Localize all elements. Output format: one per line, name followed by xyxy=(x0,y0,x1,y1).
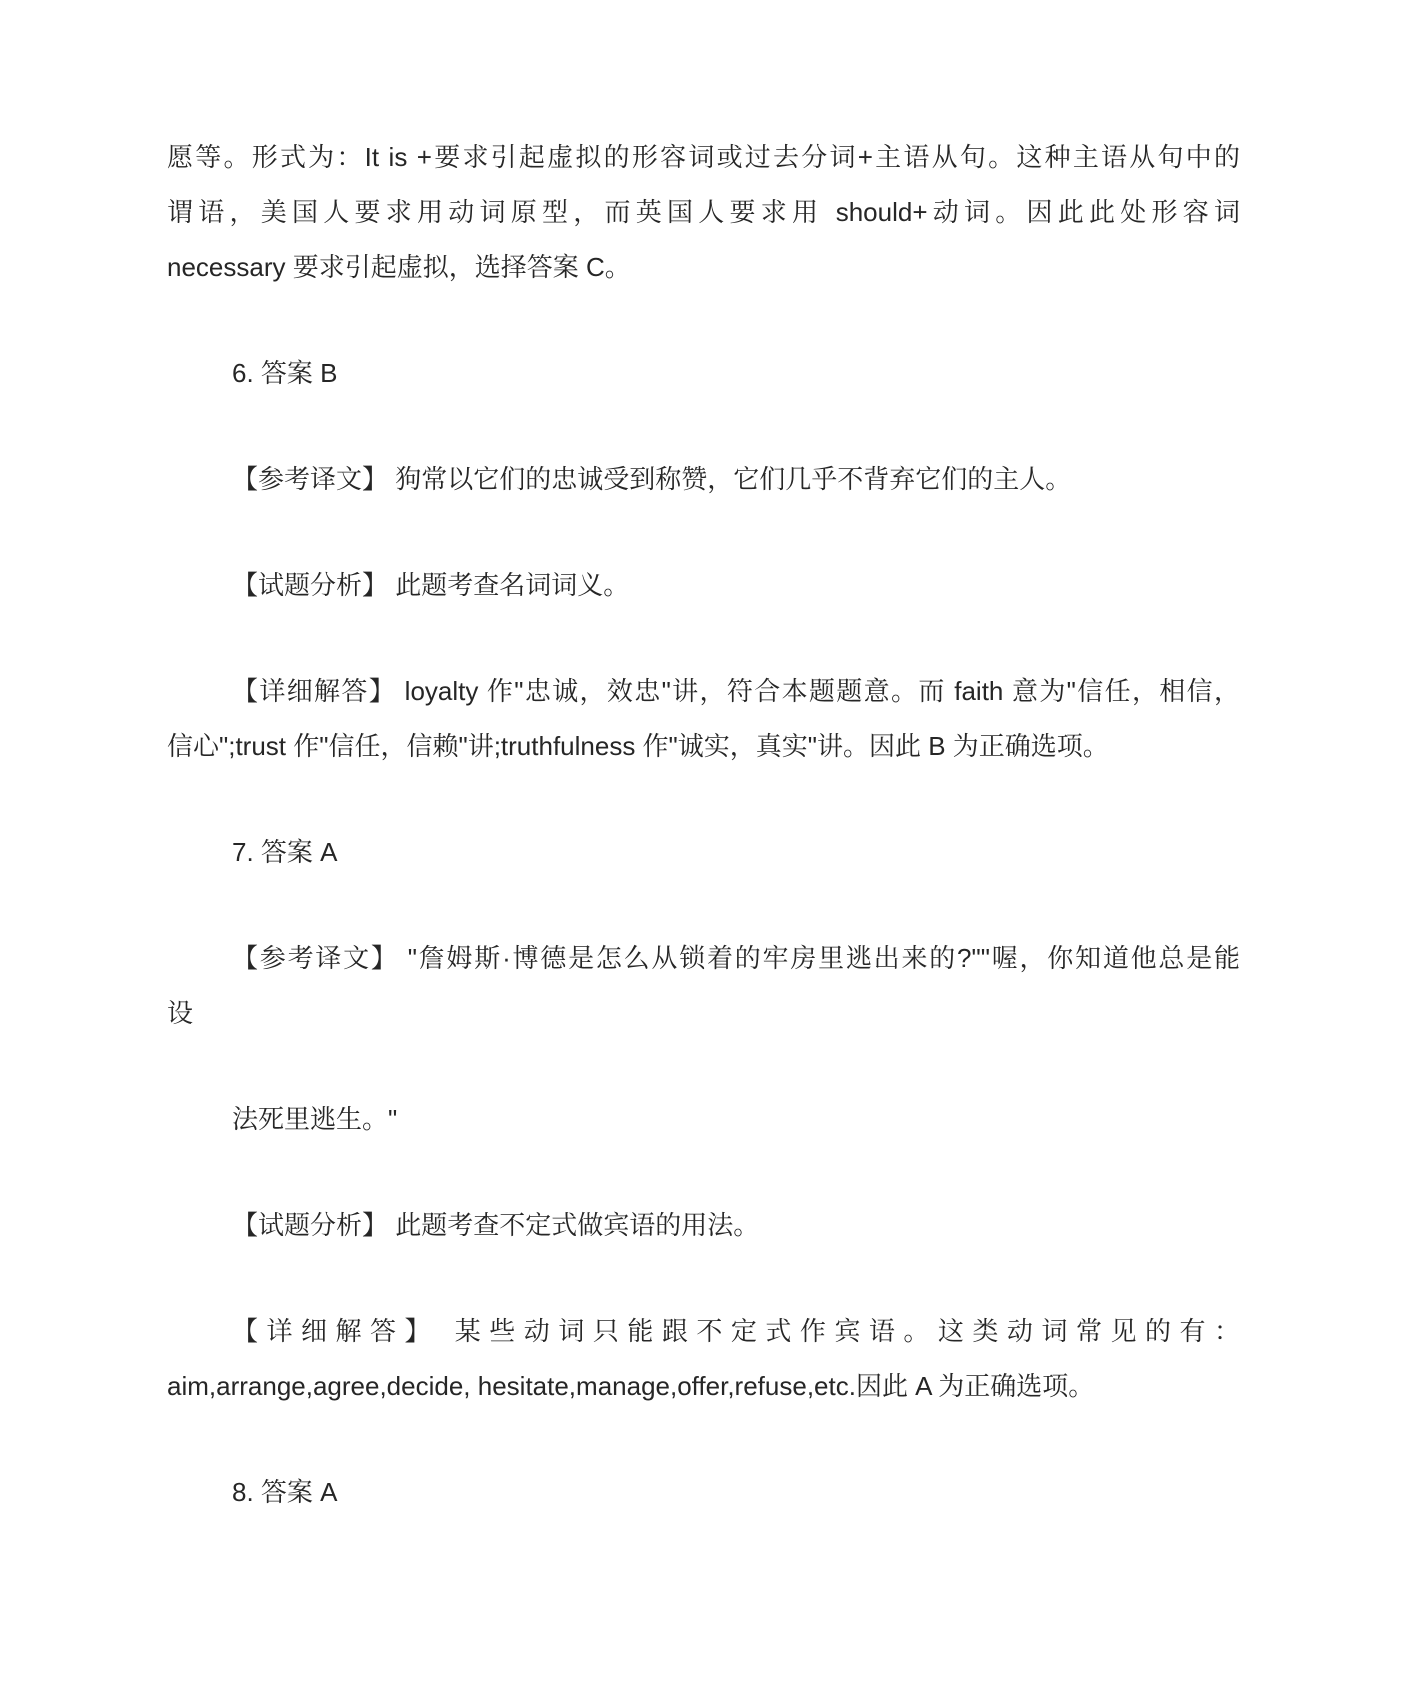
text-line: 愿等。形式为：It is +要求引起虚拟的形容词或过去分词+主语从句。这种主语从… xyxy=(167,130,1240,185)
paragraph: 7. 答案 A xyxy=(167,825,1240,880)
paragraph: 8. 答案 A xyxy=(167,1465,1240,1520)
text-line: 【详细解答】 loyalty 作"忠诚，效忠"讲，符合本题题意。而 faith … xyxy=(167,664,1240,719)
paragraph: 【参考译文】 狗常以它们的忠诚受到称赞，它们几乎不背弃它们的主人。 xyxy=(167,452,1240,507)
text-line: 【参考译文】 "詹姆斯·博德是怎么从锁着的牢房里逃出来的?""喔，你知道他总是能 xyxy=(167,931,1240,986)
text-line: 信心";trust 作"信任，信赖"讲;truthfulness 作"诚实，真实… xyxy=(167,719,1240,774)
paragraph: 【试题分析】 此题考查名词词义。 xyxy=(167,558,1240,613)
text-line: aim,arrange,agree,decide, hesitate,manag… xyxy=(167,1359,1240,1414)
text-line: 谓语，美国人要求用动词原型，而英国人要求用 should+动词。因此此处形容词 xyxy=(167,185,1240,240)
text-line: 【试题分析】 此题考查不定式做宾语的用法。 xyxy=(167,1198,1240,1253)
paragraph: 【参考译文】 "詹姆斯·博德是怎么从锁着的牢房里逃出来的?""喔，你知道他总是能… xyxy=(167,931,1240,1041)
text-line: necessary 要求引起虚拟，选择答案 C。 xyxy=(167,240,1240,295)
text-line: 6. 答案 B xyxy=(167,346,1240,401)
text-line: 设 xyxy=(167,986,1240,1041)
paragraph: 6. 答案 B xyxy=(167,346,1240,401)
text-line: 【试题分析】 此题考查名词词义。 xyxy=(167,558,1240,613)
text-line: 【参考译文】 狗常以它们的忠诚受到称赞，它们几乎不背弃它们的主人。 xyxy=(167,452,1240,507)
document-page: 愿等。形式为：It is +要求引起虚拟的形容词或过去分词+主语从句。这种主语从… xyxy=(0,0,1418,1684)
paragraph: 【详细解答】 loyalty 作"忠诚，效忠"讲，符合本题题意。而 faith … xyxy=(167,664,1240,774)
paragraph: 愿等。形式为：It is +要求引起虚拟的形容词或过去分词+主语从句。这种主语从… xyxy=(167,130,1240,295)
text-line: 7. 答案 A xyxy=(167,825,1240,880)
paragraph: 法死里逃生。" xyxy=(167,1092,1240,1147)
document-body: 愿等。形式为：It is +要求引起虚拟的形容词或过去分词+主语从句。这种主语从… xyxy=(0,0,1418,1684)
text-line: 法死里逃生。" xyxy=(167,1092,1240,1147)
paragraph: 【详细解答】 某些动词只能跟不定式作宾语。这类动词常见的有：aim,arrang… xyxy=(167,1304,1240,1414)
text-line: 【详细解答】 某些动词只能跟不定式作宾语。这类动词常见的有： xyxy=(167,1304,1240,1359)
text-line: 8. 答案 A xyxy=(167,1465,1240,1520)
paragraph: 【试题分析】 此题考查不定式做宾语的用法。 xyxy=(167,1198,1240,1253)
